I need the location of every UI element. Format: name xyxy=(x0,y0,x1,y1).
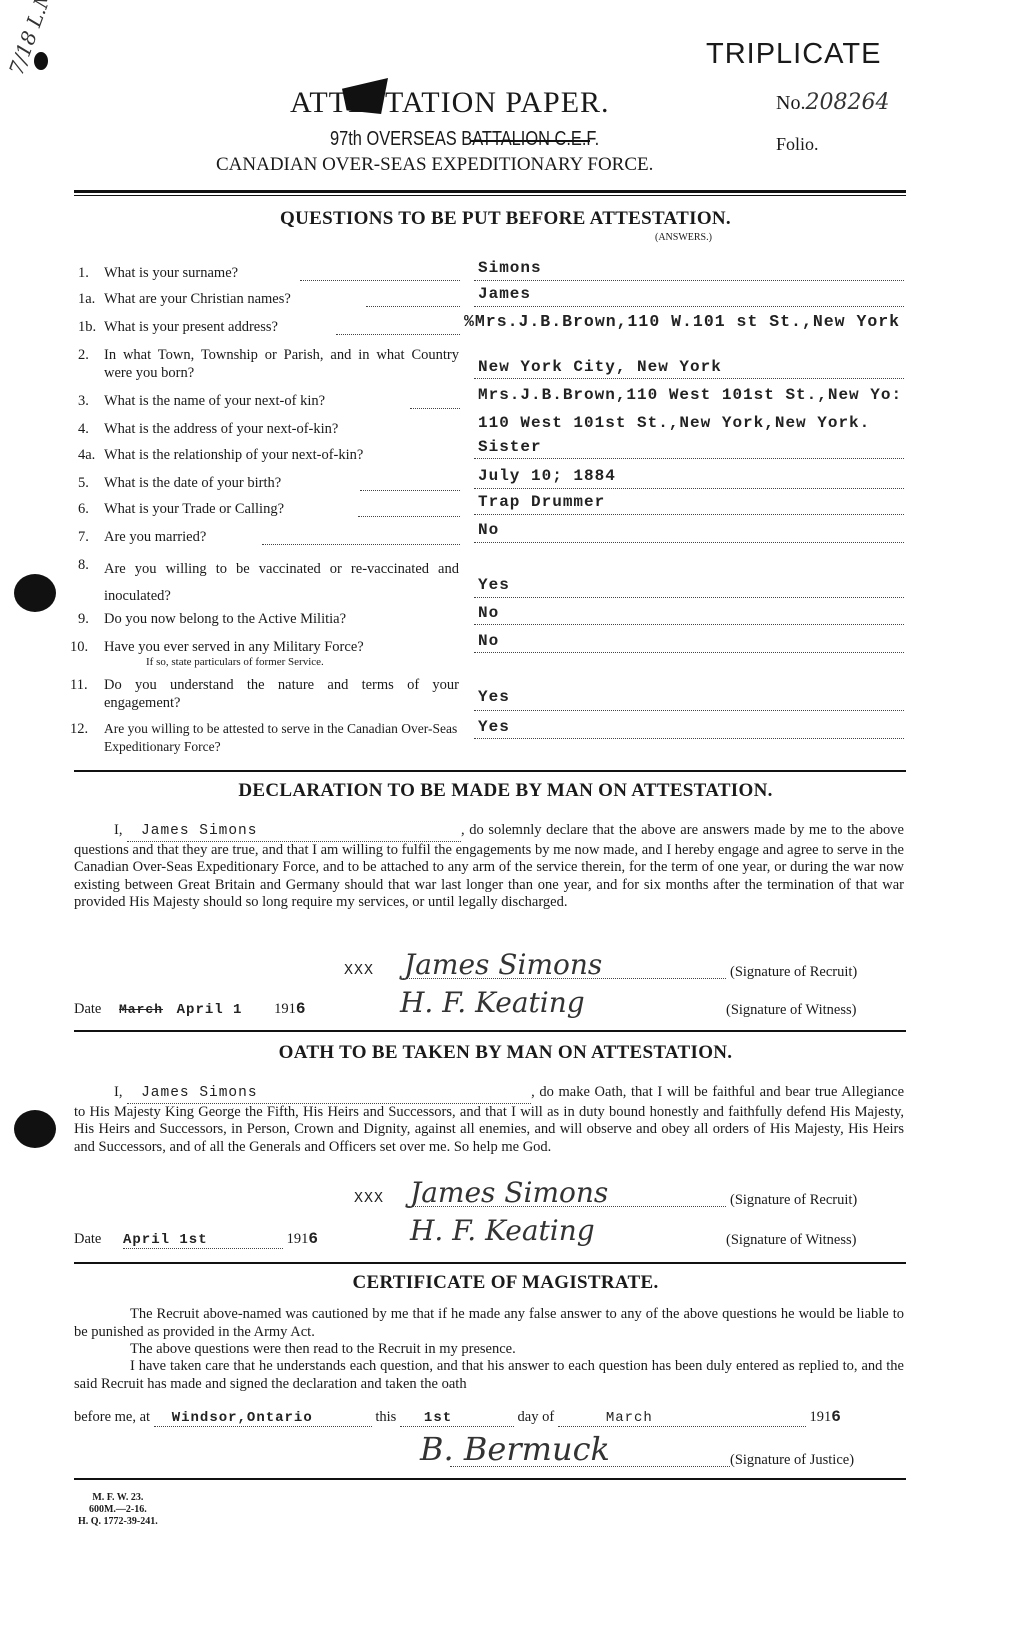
force-line: CANADIAN OVER-SEAS EXPEDITIONARY FORCE. xyxy=(216,154,653,176)
declaration-end-rule xyxy=(74,1030,906,1032)
question-10: 10.Have you ever served in any Military … xyxy=(70,638,364,656)
answer-surname: Simons xyxy=(478,259,542,277)
oath-recruit-signature: James Simons xyxy=(410,1176,608,1209)
ink-blot xyxy=(34,52,48,70)
answer-next-of-kin-name: Mrs.J.B.Brown,110 West 101st St.,New Yo: xyxy=(478,386,902,404)
answers-label: (ANSWERS.) xyxy=(655,232,712,243)
declaration-witness-signature: H. F. Keating xyxy=(400,986,585,1019)
question-7: 7.Are you married? xyxy=(78,528,206,546)
document-title: ATTESTATION PAPER. xyxy=(290,86,610,120)
certificate-year-suffix: 6 xyxy=(831,1408,842,1426)
oath-heading: OATH TO BE TAKEN BY MAN ON ATTESTATION. xyxy=(0,1042,1011,1064)
answer-birthplace: New York City, New York xyxy=(478,358,722,376)
declaration-name: James Simons xyxy=(127,823,461,842)
declaration-text: I, James Simons, do solemnly declare tha… xyxy=(74,822,904,912)
answer-present-address: %Mrs.J.B.Brown,110 W.101 st St.,New York xyxy=(464,312,900,331)
justice-label: (Signature of Justice) xyxy=(730,1452,854,1469)
a8-line xyxy=(474,597,904,598)
answer-active-militia: No xyxy=(478,604,499,622)
strike-battalion xyxy=(470,140,590,142)
ink-stain xyxy=(342,78,388,114)
declaration-date-struck: March xyxy=(119,1002,163,1017)
certificate-month: March xyxy=(558,1410,806,1427)
a5-line xyxy=(474,488,904,489)
oath-year-prefix: 191 xyxy=(287,1231,309,1247)
number-prefix: No. xyxy=(776,92,805,114)
q7-leader xyxy=(262,544,460,545)
answer-attested: Yes xyxy=(478,718,510,736)
answer-christian-names: James xyxy=(478,285,531,303)
oath-year-suffix: 6 xyxy=(308,1230,319,1248)
declaration-recruit-signature: James Simons xyxy=(404,948,602,981)
certificate-day-of-label: day of xyxy=(518,1409,555,1425)
declaration-date-label: Date xyxy=(74,1001,101,1017)
question-11: 11.Do you understand the nature and term… xyxy=(70,676,459,712)
certificate-place: Windsor,Ontario xyxy=(154,1410,372,1427)
decl-sig-line xyxy=(400,978,726,979)
certificate-end-rule xyxy=(74,1478,906,1480)
question-4: 4.What is the address of your next-of-ki… xyxy=(78,420,338,438)
oath-recruit-label: (Signature of Recruit) xyxy=(730,1192,857,1209)
answer-understand-terms: Yes xyxy=(478,688,510,706)
declaration-date-value: April 1 xyxy=(177,1002,243,1018)
certificate-this-label: this xyxy=(375,1409,396,1425)
answer-birth-date: July 10; 1884 xyxy=(478,467,616,485)
declaration-recruit-label: (Signature of Recruit) xyxy=(730,964,857,981)
declaration-year-prefix: 191 xyxy=(274,1001,296,1017)
a1-line xyxy=(474,280,904,281)
certificate-para-3: I have taken care that he understands ea… xyxy=(74,1358,904,1393)
question-6: 6.What is your Trade or Calling? xyxy=(78,500,284,518)
oath-first-line: , do make Oath, that I will be faithful … xyxy=(531,1084,781,1100)
certificate-year-prefix: 191 xyxy=(809,1409,831,1425)
q1a-leader xyxy=(366,306,460,307)
answer-trade: Trap Drummer xyxy=(478,493,605,511)
justice-signature: B. Bermuck xyxy=(420,1430,610,1468)
a1a-line xyxy=(474,306,904,307)
declaration-date-row: Date March April 1 1916 xyxy=(74,1000,306,1018)
oath-witness-signature: H. F. Keating xyxy=(410,1214,595,1247)
certificate-heading: CERTIFICATE OF MAGISTRATE. xyxy=(0,1272,1011,1294)
certificate-place-row: before me, at Windsor,Ontario this 1st d… xyxy=(74,1408,842,1427)
oath-date-row: Date April 1st 1916 xyxy=(74,1230,319,1249)
a2-line xyxy=(474,378,904,379)
answer-next-of-kin-address: 110 West 101st St.,New York,New York. xyxy=(478,414,870,432)
triplicate-label: TRIPLICATE xyxy=(706,38,881,71)
declaration-first-line: , do solemnly declare that the above are… xyxy=(461,822,749,838)
q10-note: If so, state particulars of former Servi… xyxy=(146,656,324,668)
oath-mark: XXX xyxy=(354,1190,384,1207)
oath-prefix: I, xyxy=(74,1084,122,1100)
oath-end-rule xyxy=(74,1262,906,1264)
answer-vaccinated: Yes xyxy=(478,576,510,594)
oath-sig-line xyxy=(408,1206,726,1207)
q1b-leader xyxy=(336,334,460,335)
q6-leader xyxy=(358,516,460,517)
punch-hole-lower xyxy=(14,1110,56,1148)
a12-line xyxy=(474,738,904,739)
form-code-1: M. F. W. 23. xyxy=(78,1492,158,1504)
certificate-before-label: before me, at xyxy=(74,1409,150,1425)
a9-line xyxy=(474,624,904,625)
oath-date-value: April 1st xyxy=(123,1232,283,1249)
header-rule-thick xyxy=(74,190,906,193)
question-2: 2.In what Town, Township or Parish, and … xyxy=(78,346,468,382)
oath-name: James Simons xyxy=(127,1085,531,1104)
declaration-mark: XXX xyxy=(344,962,374,979)
a4a-line xyxy=(474,458,904,459)
a7-line xyxy=(474,542,904,543)
form-code-2: 600M.—2-16. xyxy=(78,1504,158,1516)
declaration-heading: DECLARATION TO BE MADE BY MAN ON ATTESTA… xyxy=(0,780,1011,802)
number-label: No.208264 xyxy=(776,90,889,115)
a10-line xyxy=(474,652,904,653)
questions-heading: QUESTIONS TO BE PUT BEFORE ATTESTATION. xyxy=(0,208,1011,230)
questions-end-rule xyxy=(74,770,906,772)
punch-hole-upper xyxy=(14,574,56,612)
answer-relationship: Sister xyxy=(478,438,542,456)
certificate-day: 1st xyxy=(400,1410,514,1427)
certificate-para-2: The above questions were then read to th… xyxy=(74,1341,904,1359)
declaration-year-suffix: 6 xyxy=(296,1000,307,1018)
answer-married: No xyxy=(478,521,499,539)
question-5: 5.What is the date of your birth? xyxy=(78,474,281,492)
q3-leader xyxy=(410,408,460,409)
answer-military-force: No xyxy=(478,632,499,650)
number-value: 208264 xyxy=(805,90,889,115)
question-1a: 1a.What are your Christian names? xyxy=(78,290,291,308)
q1-leader xyxy=(300,280,460,281)
declaration-witness-label: (Signature of Witness) xyxy=(726,1002,856,1019)
certificate-para-1: The Recruit above-named was cautioned by… xyxy=(74,1306,904,1341)
folio-label: Folio. xyxy=(776,134,819,155)
question-9: 9.Do you now belong to the Active Militi… xyxy=(78,610,346,628)
oath-witness-label: (Signature of Witness) xyxy=(726,1232,856,1249)
q5-leader xyxy=(360,490,460,491)
margin-note: 7/18 L.M. xyxy=(4,0,60,78)
a11-line xyxy=(474,710,904,711)
question-1: 1.What is your surname? xyxy=(78,264,238,282)
form-codes: M. F. W. 23. 600M.—2-16. H. Q. 1772-39-2… xyxy=(78,1492,158,1528)
question-12: 12.Are you willing to be attested to ser… xyxy=(70,720,459,756)
oath-text: I, James Simons, do make Oath, that I wi… xyxy=(74,1084,904,1156)
header-rule-thin xyxy=(74,195,906,196)
oath-date-label: Date xyxy=(74,1231,101,1247)
question-3: 3.What is the name of your next-of kin? xyxy=(78,392,325,410)
justice-sig-line xyxy=(450,1466,730,1467)
a6-line xyxy=(474,514,904,515)
form-code-3: H. Q. 1772-39-241. xyxy=(78,1516,158,1528)
question-1b: 1b.What is your present address? xyxy=(78,318,278,336)
question-4a: 4a.What is the relationship of your next… xyxy=(78,446,363,464)
question-8: 8.Are you willing to be vaccinated or re… xyxy=(78,556,459,610)
declaration-prefix: I, xyxy=(74,822,122,838)
